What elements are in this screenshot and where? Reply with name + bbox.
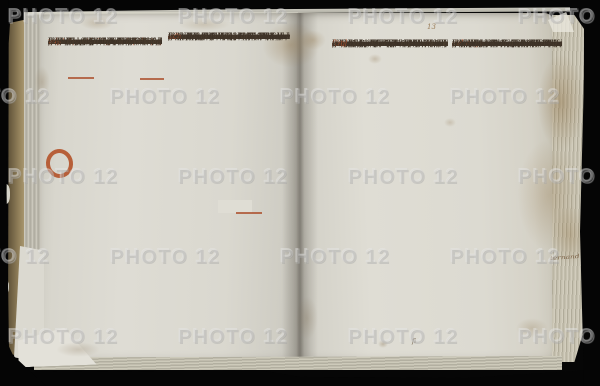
red-margin-mark [140,78,164,80]
folio-number: 13 [427,23,436,31]
bottom-page-edges [34,356,562,370]
text-column-left-2: dios en qlla tiera mas aqllade los q gel… [168,32,290,346]
manuscript-line: qero de vos q ira pa q vietale a [48,37,162,46]
manuscript-line: pa le fazer amiada z miode su [332,39,443,48]
text-column-right-1: senor conde dixo patronio conoqero de vo… [332,39,448,337]
manuscript-photo: le meio tendo vos este bie q diosvos ace… [0,0,600,386]
manuscript-line: q a vn cauallazo mucho onrado [452,39,562,48]
text-column-right-2: uan pe la mina por mia dra dlmep desa vi… [452,39,562,337]
red-margin-mark [68,77,94,79]
red-underline [236,212,262,214]
catchword-mark: fi [412,338,416,345]
manuscript-line: mep desa viaio q no venia a sopi [168,32,290,41]
text-column-left-1: le meio tendo vos este bie q diosvos ace… [48,37,162,343]
